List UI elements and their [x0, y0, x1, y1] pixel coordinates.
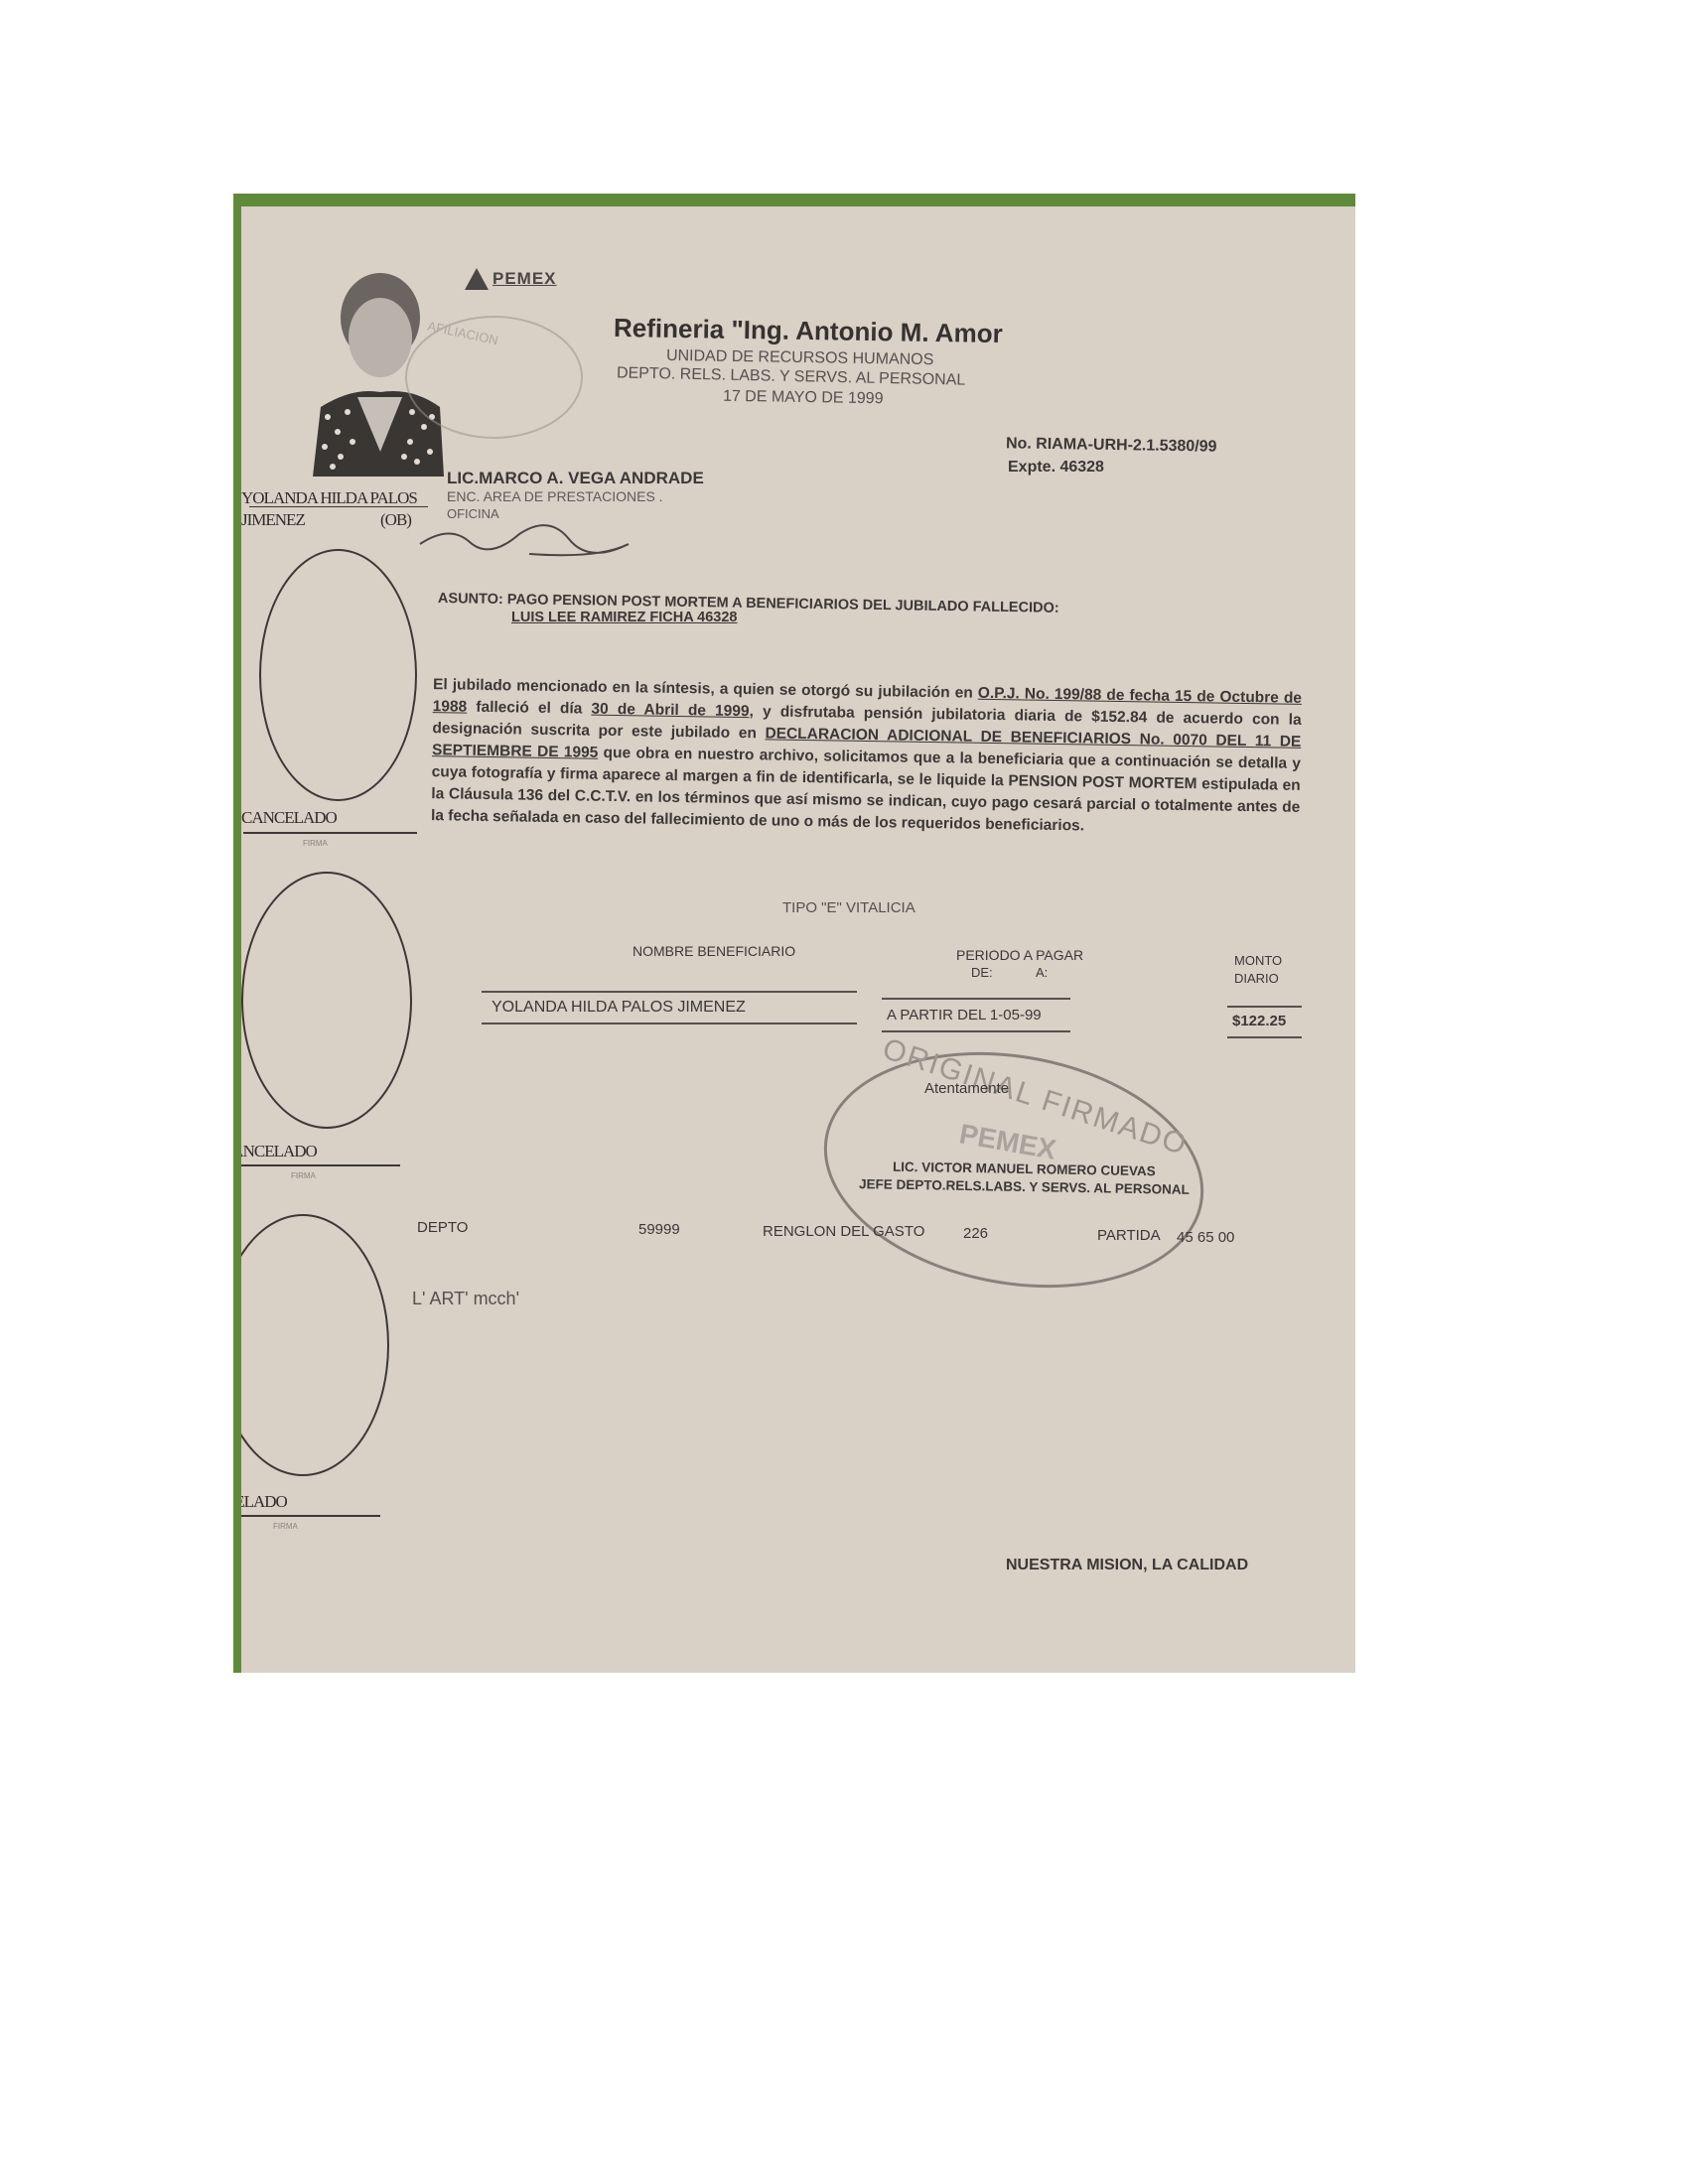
- signature-caption-2: FIRMA: [291, 1171, 316, 1180]
- depto-value: 59999: [638, 1221, 680, 1238]
- table-line: [1227, 1036, 1302, 1038]
- partida-value: 45 65 00: [1177, 1229, 1234, 1246]
- signature-oval-3: [241, 1214, 389, 1476]
- signature-line-3: [241, 1515, 380, 1517]
- signature-oval-2: [241, 872, 412, 1129]
- table-line: [482, 1023, 857, 1024]
- document-page: PEMEX AFILIACION Refineria "Ing. Antonio…: [241, 206, 1355, 1673]
- subject-person: LUIS LEE RAMIREZ FICHA 46328: [511, 610, 737, 625]
- table-row-period: A PARTIR DEL 1-05-99: [887, 1007, 1042, 1024]
- refinery-title: Refineria "Ing. Antonio M. Amor: [614, 313, 1003, 349]
- subject-label: ASUNTO:: [438, 591, 503, 608]
- photo-caption-surname: JIMENEZ: [241, 510, 305, 530]
- table-line: [482, 991, 857, 993]
- renglon-label: RENGLON DEL GASTO: [763, 1223, 924, 1240]
- signature-line-2: [241, 1164, 400, 1166]
- renglon-value: 226: [963, 1225, 988, 1242]
- closing-salutation: Atentamente: [924, 1080, 1009, 1097]
- signature-status-2: CANCELADO: [241, 1142, 317, 1161]
- photo-caption-suffix: (OB): [380, 510, 411, 530]
- signature-oval-1: [259, 549, 417, 801]
- pemex-logo: PEMEX: [465, 268, 557, 290]
- caption-underline: [249, 506, 428, 507]
- table-row-amount: $122.25: [1232, 1013, 1286, 1029]
- header-period: PERIODO A PAGAR: [956, 947, 1083, 963]
- signature-caption-3: FIRMA: [273, 1522, 298, 1531]
- header-amount-1: MONTO: [1234, 953, 1282, 968]
- expediente-number: Expte. 46328: [1008, 459, 1104, 477]
- death-date: 30 de Abril de 1999: [591, 701, 749, 720]
- signature-caption-1: FIRMA: [303, 839, 328, 848]
- partida-label: PARTIDA: [1097, 1227, 1161, 1244]
- recipient-name: LIC.MARCO A. VEGA ANDRADE: [447, 469, 704, 488]
- affiliation-stamp: AFILIACION: [405, 316, 583, 439]
- pemex-flame-icon: [465, 268, 489, 290]
- table-line: [1227, 1006, 1302, 1008]
- table-line: [882, 998, 1070, 1000]
- header-period-to: A:: [1036, 965, 1048, 980]
- recipient-position: ENC. AREA DE PRESTACIONES .: [447, 488, 663, 504]
- photo-caption-name: YOLANDA HILDA PALOS: [241, 488, 417, 508]
- depto-label: DEPTO: [417, 1219, 468, 1236]
- signature-line-1: [243, 832, 417, 834]
- handwritten-signature: [410, 504, 658, 564]
- typist-initials: L' ART' mcch': [412, 1289, 519, 1309]
- header-beneficiary-name: NOMBRE BENEFICIARIO: [633, 943, 795, 959]
- header-amount-2: DIARIO: [1234, 971, 1279, 986]
- footer-motto: NUESTRA MISION, LA CALIDAD: [1006, 1557, 1248, 1574]
- table-line: [882, 1030, 1070, 1032]
- document-date: 17 DE MAYO DE 1999: [723, 388, 884, 409]
- body-paragraph: El jubilado mencionado en la síntesis, a…: [431, 674, 1302, 841]
- header-period-from: DE:: [971, 965, 993, 980]
- table-row-beneficiary-name: YOLANDA HILDA PALOS JIMENEZ: [492, 999, 746, 1017]
- pension-type: TIPO "E" VITALICIA: [782, 899, 915, 916]
- signature-status-3: CANCELADO: [241, 1492, 287, 1512]
- signature-status-1: CANCELADO: [241, 808, 337, 828]
- reference-number: No. RIAMA-URH-2.1.5380/99: [1006, 435, 1217, 456]
